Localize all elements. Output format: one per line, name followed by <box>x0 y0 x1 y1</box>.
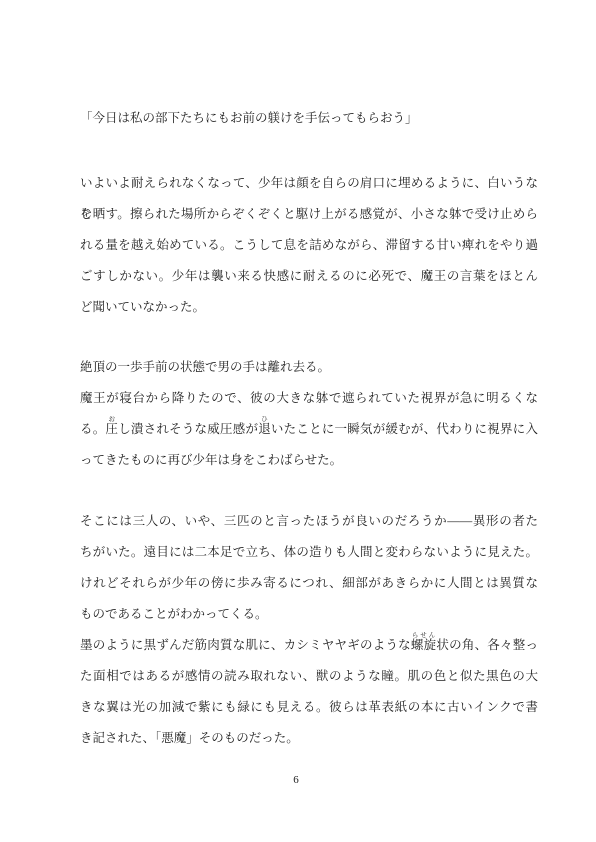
text-line: 魔王が寝台から降りたので、彼の大きな躰で遮られていた視界が急に明るくな <box>80 383 538 414</box>
text-line: た面相ではあるが感情の読み取れない、獣のような瞳。肌の色と似た黒色の大 <box>80 661 538 692</box>
text-line: きな翼は光の加減で紫にも緑にも見える。彼らは革表紙の本に古いインクで書 <box>80 692 538 723</box>
furigana: らせん <box>411 632 436 639</box>
paragraph-3: そこには三人の、いや、三匹のと言ったほうが良いのだろうか――異形の者たちがいた。… <box>80 506 538 754</box>
text-line: ど聞いていなかった。 <box>80 292 538 323</box>
document-page: 「今日は私の部下たちにもお前の躾けを手伝ってもらおう」いよいよ耐えられなくなって… <box>0 0 596 842</box>
ruby-annotated-text: 圧お <box>105 422 118 436</box>
text-line: そこには三人の、いや、三匹のと言ったほうが良いのだろうか――異形の者た <box>80 506 538 537</box>
text-line: 「今日は私の部下たちにもお前の躾けを手伝ってもらおう」 <box>80 103 538 134</box>
text-line: 絶頂の一歩手前の状態で男の手は離れ去る。 <box>80 352 538 383</box>
document-body: 「今日は私の部下たちにもお前の躾けを手伝ってもらおう」いよいよ耐えられなくなって… <box>80 103 538 754</box>
text-line: き記された、「悪魔」そのものだった。 <box>80 723 538 754</box>
ruby-annotated-text: 螺旋らせん <box>411 638 436 652</box>
furigana: お <box>105 416 118 423</box>
page-number: 6 <box>0 774 592 786</box>
paragraph-1: いよいよ耐えられなくなって、少年は顔を自らの肩口に埋めるように、白いうなじを晒す… <box>80 168 538 323</box>
text-line: ものであることがわかってくる。 <box>80 599 538 630</box>
text-line: 墨のように黒ずんだ筋肉質な肌に、カシミヤヤギのような螺旋らせん状の角、各々整っ <box>80 630 538 661</box>
text-line: ってきたものに再び少年は身をこわばらせた。 <box>80 445 538 476</box>
furigana: ひ <box>258 416 271 423</box>
dialogue-paragraph: 「今日は私の部下たちにもお前の躾けを手伝ってもらおう」 <box>80 103 538 134</box>
text-line: れる量を越え始めている。こうして息を詰めながら、滞留する甘い痺れをやり過 <box>80 230 538 261</box>
text-line: ちがいた。遠目には二本足で立ち、体の造りも人間と変わらないように見えた。 <box>80 537 538 568</box>
text-line: いよいよ耐えられなくなって、少年は顔を自らの肩口に埋めるように、白いうなじ <box>80 168 538 199</box>
text-line: る。圧おし潰されそうな威圧感が退ひいたことに一瞬気が緩むが、代わりに視界に入 <box>80 414 538 445</box>
text-line: けれどそれらが少年の傍に歩み寄るにつれ、細部があきらかに人間とは異質な <box>80 568 538 599</box>
ruby-annotated-text: 退ひ <box>258 422 271 436</box>
text-line: を晒す。擦られた場所からぞくぞくと駆け上がる感覚が、小さな躰で受け止めら <box>80 199 538 230</box>
text-line: ごすしかない。少年は襲い来る快感に耐えるのに必死で、魔王の言葉をほとん <box>80 261 538 292</box>
paragraph-2: 絶頂の一歩手前の状態で男の手は離れ去る。魔王が寝台から降りたので、彼の大きな躰で… <box>80 352 538 476</box>
